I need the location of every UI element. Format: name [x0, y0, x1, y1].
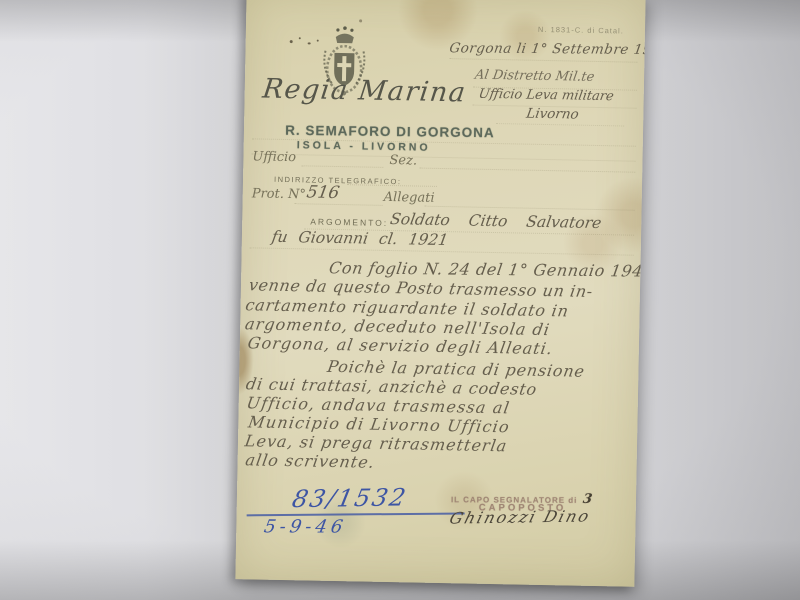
blue-reference-number: 83/1532: [290, 483, 410, 513]
blue-date: 5-9-46: [262, 516, 348, 537]
letterhead-title: Regia Marina: [261, 74, 469, 109]
handwritten-grade: 3: [582, 492, 594, 507]
allegati-label: Allegati: [384, 190, 435, 206]
catalog-number: N. 1831-C. di Catal.: [538, 25, 624, 36]
handwritten-dateline: Gorgona li 1° Settembre 1946: [448, 40, 645, 58]
ink-speck: [359, 19, 362, 22]
dotted-rule: [301, 164, 383, 168]
dotted-rule: [419, 167, 635, 173]
ufficio-label: Ufficio: [252, 149, 296, 165]
body-line: allo scrivente.: [244, 450, 376, 471]
dotted-rule: [425, 205, 635, 211]
signature: Ghinozzi Dino: [447, 507, 593, 528]
addressee-line: Al Distretto Mil.te: [474, 68, 596, 85]
dotted-rule: [347, 183, 437, 187]
ink-speck: [308, 42, 311, 44]
argomento-value-line2: fu Giovanni cl. 1921: [271, 228, 450, 249]
prot-label: Prot. N°: [252, 186, 306, 202]
prot-number-value: 516: [305, 182, 341, 203]
addressee-line: Livorno: [525, 106, 580, 123]
photo-backdrop: N. 1831-C. di Catal. Gorgona: [0, 0, 800, 600]
document-paper: N. 1831-C. di Catal. Gorgona: [235, 0, 645, 587]
argomento-label: ARGOMENTO:: [310, 216, 388, 227]
ink-speck: [290, 40, 293, 43]
addressee-line: Ufficio Leva militare: [478, 87, 615, 105]
dotted-rule: [449, 57, 637, 63]
dotted-rule: [295, 202, 383, 206]
sez-label: Sez.: [389, 153, 417, 169]
ink-speck: [299, 37, 301, 39]
